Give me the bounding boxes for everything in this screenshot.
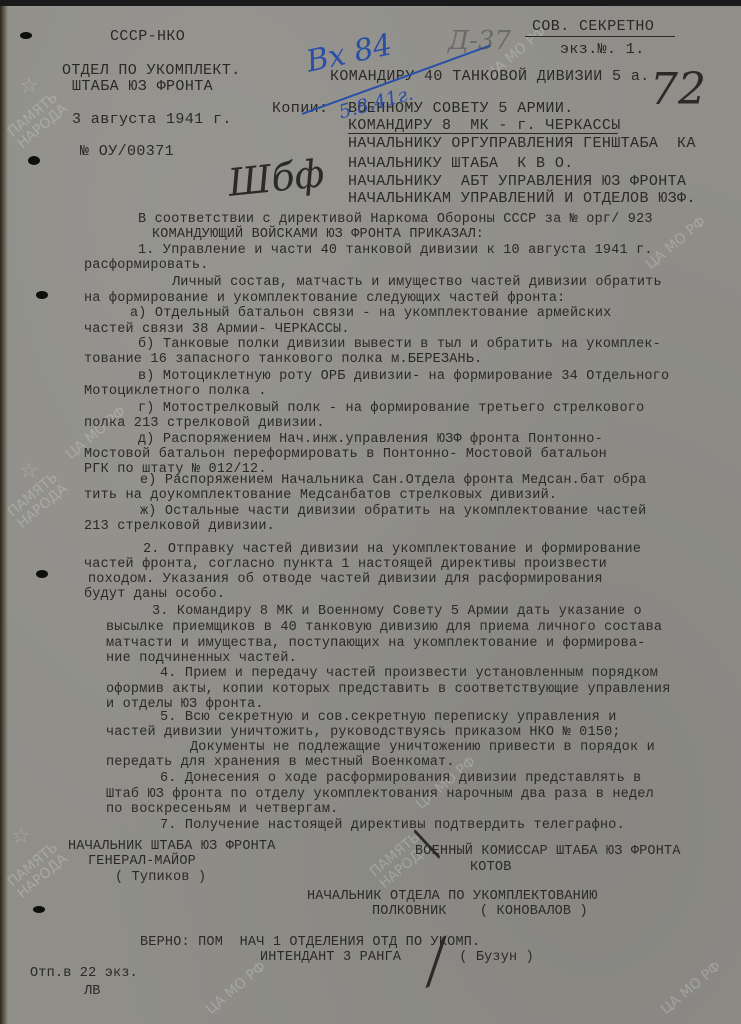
watermark-pamyat-naroda: ПАМЯТЬ НАРОДА (5, 470, 70, 532)
body-line: 7. Получение настоящей директивы подтвер… (160, 818, 625, 833)
typist-initials: ЛВ (84, 984, 101, 999)
signatory-left-name: ( Тупиков ) (115, 870, 206, 885)
copy-recipient-5: НАЧАЛЬНИКУ АБТ УПРАВЛЕНИЯ ЮЗ ФРОНТА (348, 174, 686, 189)
body-line: матчасти и имущества, поступающих на уко… (106, 636, 646, 651)
body-line: 1. Управление и части 40 танковой дивизи… (138, 243, 653, 258)
star-watermark-icon: ☆ (20, 66, 38, 103)
document-date: 3 августа 1941 г. (72, 112, 232, 127)
verified-line-2: ИНТЕНДАНТ 3 РАНГА ( Бузун ) (260, 950, 534, 965)
body-line: в) Мотоциклетную роту ОРБ дивизии- на фо… (138, 369, 669, 384)
dept-head-title: НАЧАЛЬНИК ОТДЕЛА ПО УКОМПЛЕКТОВАНИЮ (307, 889, 598, 904)
copy-recipient-2: КОМАНДИРУ 8 МК - г. ЧЕРКАССЫ (348, 118, 621, 133)
body-line: г) Мотострелковый полк - на формирование… (138, 401, 644, 416)
body-line: тить на доукомплектование Медсанбатов ст… (84, 488, 557, 503)
body-line: 3. Командиру 8 МК и Военному Совету 5 Ар… (152, 604, 642, 619)
body-line: а) Отдельный батальон связи - на укомпле… (130, 306, 611, 321)
body-line: КОМАНДУЮЩИЙ ВОЙСКАМИ ЮЗ ФРОНТА ПРИКАЗАЛ: (152, 227, 484, 242)
body-line: Штаб ЮЗ фронта по отделу укомплектования… (106, 787, 654, 802)
punch-hole (36, 291, 48, 299)
body-line: частей фронта, согласно пункта 1 настоящ… (84, 557, 607, 572)
body-line: по воскресеньям и четвергам. (106, 802, 338, 817)
archive-mark-handwritten: Д-37 (448, 26, 511, 56)
body-line: 4. Прием и передачу частей произвести ус… (160, 666, 658, 681)
body-line: е) Распоряжением Начальника Сан.Отдела ф… (140, 473, 646, 488)
punch-hole (36, 570, 48, 578)
body-line: 213 стрелковой дивизии. (84, 519, 275, 534)
recipient-underline (348, 133, 618, 134)
watermark-archive: ЦА МО РФ (644, 214, 710, 272)
body-line: Личный состав, матчасть и имущество част… (172, 275, 662, 290)
body-line: походом. Указания об отводе частей дивиз… (88, 572, 603, 587)
body-line: 6. Донесения о ходе расформирования диви… (160, 771, 641, 786)
copy-recipient-3: НАЧАЛЬНИКУ ОРГУПРАВЛЕНИЯ ГЕНШТАБА КА (348, 136, 696, 151)
body-line: Мостовой батальон переформировать в Понт… (84, 447, 607, 462)
body-line: на формирование и укомплектование следую… (84, 291, 565, 306)
copy-number: экз.№. 1. (560, 42, 645, 57)
body-line: 2. Отправку частей дивизии на укомплекто… (143, 542, 641, 557)
page-edge (0, 6, 8, 1024)
copy-recipient-4: НАЧАЛЬНИКУ ШТАБА К В О. (348, 156, 574, 171)
star-watermark-icon: ☆ (12, 816, 30, 853)
signatory-right-name: КОТОВ (470, 860, 512, 875)
resolution-signature: Шбф (226, 151, 326, 205)
body-line: ж) Остальные части дивизии обратить на у… (140, 504, 646, 519)
body-line: высылке приемщиков в 40 танковую дивизию… (106, 620, 662, 635)
classification-underline (525, 36, 675, 37)
body-line: частей дивизии уничтожить, руководствуяс… (106, 725, 621, 740)
punch-hole (33, 906, 45, 913)
classification-stamp: СОВ. СЕКРЕТНО (532, 19, 654, 34)
body-line: ние подчиненных частей. (106, 651, 297, 666)
watermark-pamyat-naroda: ПАМЯТЬ НАРОДА (5, 90, 70, 152)
signatory-left-rank: ГЕНЕРАЛ-МАЙОР (88, 854, 196, 869)
watermark-archive: ЦА МО РФ (659, 959, 725, 1017)
punch-hole (20, 32, 32, 39)
page-number-handwritten: 72 (650, 64, 706, 115)
body-line: полка 213 стрелковой дивизии. (84, 416, 325, 431)
body-line: б) Танковые полки дивизии вывести в тыл … (138, 337, 661, 352)
org-line-2: ОТДЕЛ ПО УКОМПЛЕКТ. (62, 63, 241, 78)
body-line: будут даны особо. (84, 587, 225, 602)
body-line: оформив акты, копии которых представить … (106, 682, 671, 697)
body-line: тование 16 запасного танкового полка м.Б… (84, 352, 482, 367)
document-number: № ОУ/00371 (80, 144, 174, 159)
signatory-right-title: ВОЕННЫЙ КОМИССАР ШТАБА ЮЗ ФРОНТА (415, 844, 681, 859)
body-line: 5. Всю секретную и сов.секретную перепис… (160, 710, 617, 725)
copy-recipient-6: НАЧАЛЬНИКАМ УПРАВЛЕНИЙ И ОТДЕЛОВ ЮЗФ. (348, 191, 696, 206)
watermark-archive: ЦА МО РФ (204, 959, 270, 1017)
body-line: частей связи 38 Армии- ЧЕРКАССЫ. (84, 322, 350, 337)
copies-label: Копии: (272, 101, 328, 116)
body-line: Документы не подлежащие уничтожению прив… (190, 740, 655, 755)
body-line: передать для хранения в местный Военкома… (106, 755, 455, 770)
body-line: Мотоциклетного полка . (84, 384, 267, 399)
org-line-1: СССР-НКО (110, 29, 185, 44)
org-line-3: ШТАБА ЮЗ ФРОНТА (72, 79, 213, 94)
body-line: д) Распоряжением Нач.инж.управления ЮЗФ … (138, 432, 603, 447)
archival-document-page: ☆ ПАМЯТЬ НАРОДА ☆ ПАМЯТЬ НАРОДА ☆ ПАМЯТЬ… (0, 6, 741, 1024)
body-line: В соответствии с директивой Наркома Обор… (138, 212, 653, 227)
printed-copies-note: Отп.в 22 экз. (30, 966, 138, 981)
punch-hole (28, 156, 40, 165)
dept-head-rank-name: ПОЛКОВНИК ( КОНОВАЛОВ ) (372, 904, 588, 919)
body-line: расформировать. (84, 258, 209, 273)
addressee: КОМАНДИРУ 40 ТАНКОВОЙ ДИВИЗИИ 5 а. (330, 69, 650, 84)
signatory-left-title: НАЧАЛЬНИК ШТАБА ЮЗ ФРОНТА (68, 839, 276, 854)
